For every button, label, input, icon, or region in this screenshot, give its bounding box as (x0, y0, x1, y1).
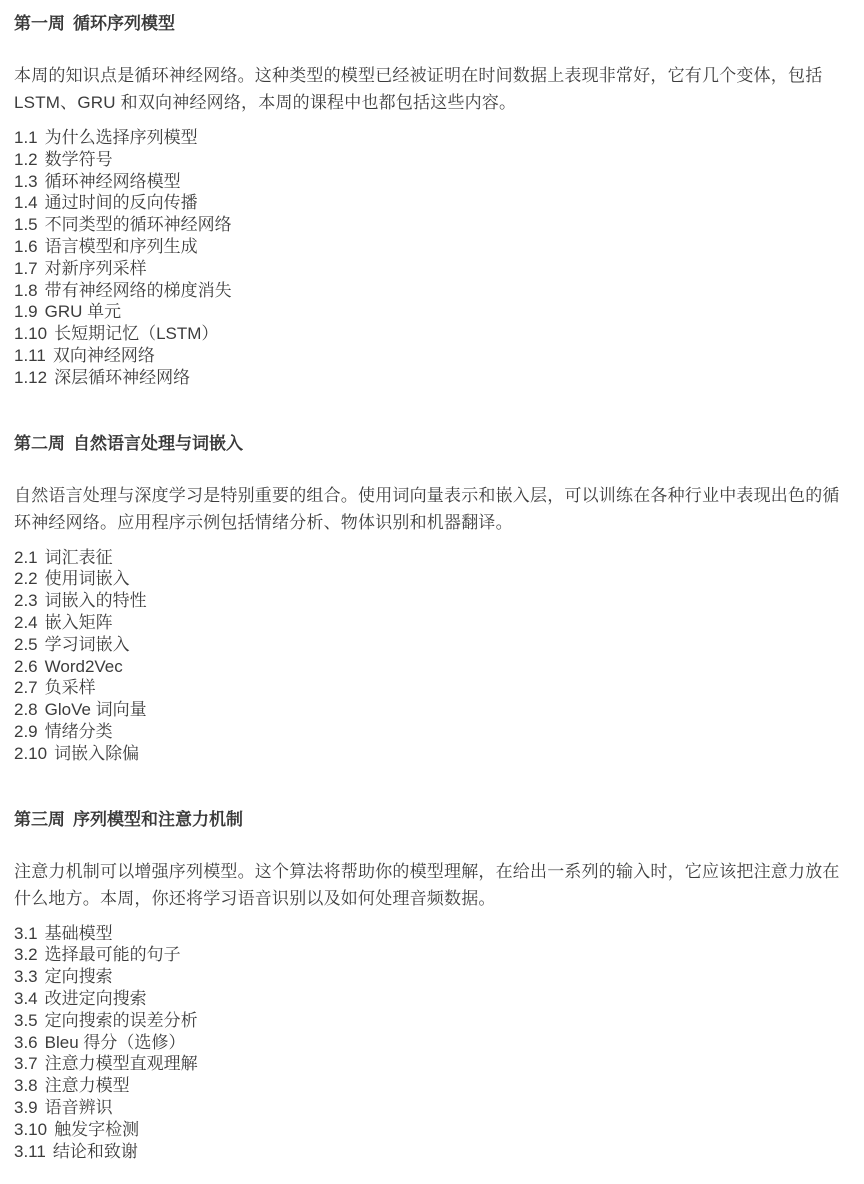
lesson-item: 1.2数学符号 (14, 149, 850, 171)
lesson-number: 3.4 (14, 989, 38, 1008)
lesson-number: 3.10 (14, 1120, 47, 1139)
lesson-number: 3.5 (14, 1011, 38, 1030)
lesson-item: 3.9语音辨识 (14, 1097, 850, 1119)
lesson-item: 2.7负采样 (14, 677, 850, 699)
lesson-title: GRU 单元 (45, 302, 122, 321)
lesson-item: 3.3定向搜索 (14, 966, 850, 988)
lesson-title: 双向神经网络 (53, 346, 155, 365)
lesson-title: 循环神经网络模型 (45, 172, 181, 191)
lesson-item: 1.6语言模型和序列生成 (14, 236, 850, 258)
lesson-number: 3.2 (14, 945, 38, 964)
lesson-number: 1.10 (14, 324, 47, 343)
lesson-item: 1.10长短期记忆（LSTM） (14, 323, 850, 345)
lesson-title: 注意力模型直观理解 (45, 1054, 198, 1073)
week-section-2: 第二周自然语言处理与词嵌入 自然语言处理与深度学习是特别重要的组合。使用词向量表… (14, 433, 850, 765)
lesson-item: 3.6Bleu 得分（选修） (14, 1032, 850, 1054)
lesson-title: Bleu 得分（选修） (45, 1033, 186, 1052)
lesson-number: 1.7 (14, 259, 38, 278)
lesson-item: 2.8GloVe 词向量 (14, 699, 850, 721)
lesson-number: 2.5 (14, 635, 38, 654)
lesson-title: GloVe 词向量 (45, 700, 147, 719)
lesson-item: 3.11结论和致谢 (14, 1141, 850, 1163)
lesson-number: 2.6 (14, 657, 38, 676)
lesson-item: 2.2使用词嵌入 (14, 568, 850, 590)
lesson-item: 1.3循环神经网络模型 (14, 171, 850, 193)
section-description: 本周的知识点是循环神经网络。这种类型的模型已经被证明在时间数据上表现非常好，它有… (14, 62, 850, 116)
lesson-number: 1.3 (14, 172, 38, 191)
lesson-item: 1.1为什么选择序列模型 (14, 127, 850, 149)
lesson-title: Word2Vec (45, 657, 123, 676)
lesson-item: 1.11双向神经网络 (14, 345, 850, 367)
section-heading-week: 第三周 (14, 810, 65, 829)
lesson-item: 3.5定向搜索的误差分析 (14, 1010, 850, 1032)
lesson-number: 1.12 (14, 368, 47, 387)
lesson-title: 基础模型 (45, 924, 113, 943)
lesson-number: 3.11 (14, 1142, 46, 1161)
section-heading: 第二周自然语言处理与词嵌入 (14, 433, 850, 454)
lesson-item: 1.8带有神经网络的梯度消失 (14, 280, 850, 302)
lesson-item: 1.5不同类型的循环神经网络 (14, 214, 850, 236)
lesson-title: 深层循环神经网络 (54, 368, 190, 387)
week-section-1: 第一周循环序列模型 本周的知识点是循环神经网络。这种类型的模型已经被证明在时间数… (14, 13, 850, 389)
lesson-title: 不同类型的循环神经网络 (45, 215, 232, 234)
lesson-item: 2.1词汇表征 (14, 547, 850, 569)
lesson-number: 2.10 (14, 744, 47, 763)
lesson-number: 1.5 (14, 215, 38, 234)
lesson-item: 2.9情绪分类 (14, 721, 850, 743)
lesson-title: 负采样 (45, 678, 96, 697)
course-outline-document: 第一周循环序列模型 本周的知识点是循环神经网络。这种类型的模型已经被证明在时间数… (0, 0, 864, 1184)
lesson-title: 情绪分类 (45, 722, 113, 741)
lesson-title: 长短期记忆（LSTM） (54, 324, 218, 343)
lesson-title: 结论和致谢 (53, 1142, 138, 1161)
lesson-title: 选择最可能的句子 (45, 945, 181, 964)
week-section-3: 第三周序列模型和注意力机制 注意力机制可以增强序列模型。这个算法将帮助你的模型理… (14, 809, 850, 1163)
lesson-title: 词嵌入除偏 (54, 744, 139, 763)
lesson-title: 对新序列采样 (45, 259, 147, 278)
lesson-number: 2.1 (14, 548, 38, 567)
lesson-item: 3.7注意力模型直观理解 (14, 1053, 850, 1075)
lesson-item: 3.10触发字检测 (14, 1119, 850, 1141)
lesson-number: 2.2 (14, 569, 38, 588)
lesson-item: 3.1基础模型 (14, 923, 850, 945)
lesson-title: 语音辨识 (45, 1098, 113, 1117)
lesson-number: 1.11 (14, 346, 46, 365)
lesson-number: 3.6 (14, 1033, 38, 1052)
lesson-number: 2.9 (14, 722, 38, 741)
lesson-item: 2.10词嵌入除偏 (14, 743, 850, 765)
section-description: 自然语言处理与深度学习是特别重要的组合。使用词向量表示和嵌入层，可以训练在各种行… (14, 482, 850, 536)
lesson-number: 2.8 (14, 700, 38, 719)
lesson-number: 1.2 (14, 150, 38, 169)
lesson-title: 定向搜索 (45, 967, 113, 986)
lesson-item: 1.12深层循环神经网络 (14, 367, 850, 389)
section-heading-week: 第二周 (14, 434, 65, 453)
lesson-number: 1.4 (14, 193, 38, 212)
lesson-list: 1.1为什么选择序列模型 1.2数学符号 1.3循环神经网络模型 1.4通过时间… (14, 127, 850, 389)
lesson-item: 3.2选择最可能的句子 (14, 944, 850, 966)
section-description: 注意力机制可以增强序列模型。这个算法将帮助你的模型理解，在给出一系列的输入时，它… (14, 858, 850, 912)
lesson-title: 通过时间的反向传播 (45, 193, 198, 212)
lesson-number: 1.6 (14, 237, 38, 256)
lesson-list: 2.1词汇表征 2.2使用词嵌入 2.3词嵌入的特性 2.4嵌入矩阵 2.5学习… (14, 547, 850, 765)
lesson-number: 2.3 (14, 591, 38, 610)
lesson-number: 1.9 (14, 302, 38, 321)
lesson-item: 2.6Word2Vec (14, 656, 850, 678)
lesson-title: 词嵌入的特性 (45, 591, 147, 610)
lesson-title: 带有神经网络的梯度消失 (45, 281, 232, 300)
lesson-title: 为什么选择序列模型 (45, 128, 198, 147)
lesson-item: 1.9GRU 单元 (14, 301, 850, 323)
lesson-number: 3.9 (14, 1098, 38, 1117)
lesson-title: 改进定向搜索 (45, 989, 147, 1008)
lesson-title: 词汇表征 (45, 548, 113, 567)
lesson-item: 2.4嵌入矩阵 (14, 612, 850, 634)
lesson-item: 3.8注意力模型 (14, 1075, 850, 1097)
lesson-item: 1.4通过时间的反向传播 (14, 192, 850, 214)
lesson-title: 触发字检测 (54, 1120, 139, 1139)
lesson-title: 定向搜索的误差分析 (45, 1011, 198, 1030)
lesson-title: 注意力模型 (45, 1076, 130, 1095)
section-heading-week: 第一周 (14, 14, 65, 33)
lesson-number: 2.7 (14, 678, 38, 697)
lesson-item: 2.5学习词嵌入 (14, 634, 850, 656)
lesson-number: 3.3 (14, 967, 38, 986)
section-heading-title: 自然语言处理与词嵌入 (73, 434, 243, 453)
lesson-list: 3.1基础模型 3.2选择最可能的句子 3.3定向搜索 3.4改进定向搜索 3.… (14, 923, 850, 1163)
lesson-number: 1.1 (14, 128, 38, 147)
lesson-number: 2.4 (14, 613, 38, 632)
lesson-item: 2.3词嵌入的特性 (14, 590, 850, 612)
lesson-number: 3.1 (14, 924, 38, 943)
section-heading-title: 循环序列模型 (73, 14, 175, 33)
lesson-number: 3.7 (14, 1054, 38, 1073)
lesson-item: 3.4改进定向搜索 (14, 988, 850, 1010)
lesson-item: 1.7对新序列采样 (14, 258, 850, 280)
lesson-title: 嵌入矩阵 (45, 613, 113, 632)
lesson-title: 使用词嵌入 (45, 569, 130, 588)
lesson-title: 数学符号 (45, 150, 113, 169)
lesson-number: 3.8 (14, 1076, 38, 1095)
lesson-title: 学习词嵌入 (45, 635, 130, 654)
section-heading: 第三周序列模型和注意力机制 (14, 809, 850, 830)
lesson-number: 1.8 (14, 281, 38, 300)
section-heading: 第一周循环序列模型 (14, 13, 850, 34)
lesson-title: 语言模型和序列生成 (45, 237, 198, 256)
section-heading-title: 序列模型和注意力机制 (73, 810, 243, 829)
